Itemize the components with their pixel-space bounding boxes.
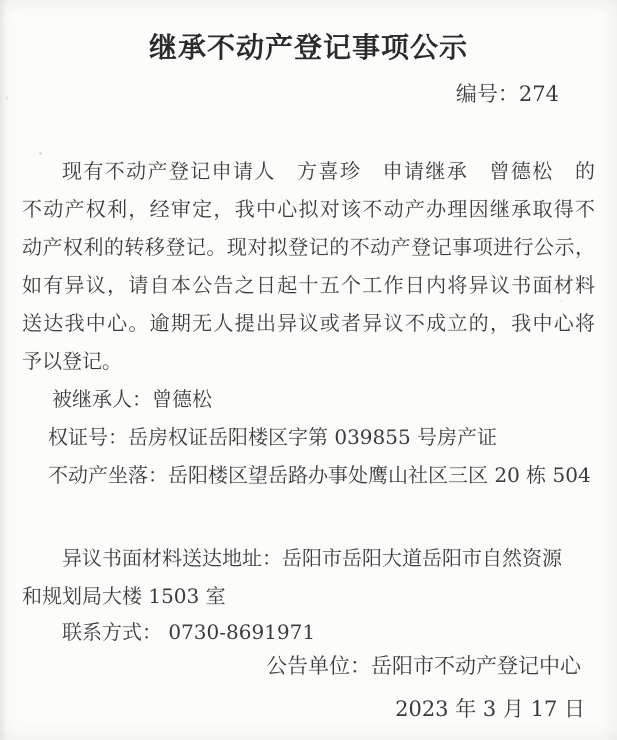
field-value: 岳房权证岳阳楼区字第 039855 号房产证 — [128, 425, 497, 449]
paragraph-line: 予以登记。 — [22, 342, 595, 380]
field-certificate-number: 权证号：岳房权证岳阳楼区字第 039855 号房产证 — [22, 418, 595, 456]
document-number: 编号：274 — [22, 78, 595, 108]
field-property-location: 不动产坐落：岳阳楼区望岳路办事处鹰山社区三区 20 栋 504 — [22, 456, 595, 494]
notice-date: 2023 年 3 月 17 日 — [0, 694, 617, 724]
notice-body-paragraph: 现有不动产登记申请人 方喜珍 申请继承 曾德松 的 不动产权利，经审定，我中心拟… — [22, 152, 595, 380]
field-label: 不动产坐落： — [48, 463, 168, 487]
field-label: 被继承人： — [52, 387, 152, 411]
issuing-authority: 公告单位：岳阳市不动产登记中心 — [0, 650, 617, 682]
objection-address-line: 异议书面材料送达地址：岳阳市岳阳大道岳阳市自然资源 — [22, 539, 595, 577]
field-value: 曾德松 — [152, 387, 212, 411]
field-decedent: 被继承人：曾德松 — [22, 380, 595, 418]
contact-phone: 联系方式： 0730-8691971 — [22, 615, 595, 649]
scan-speck — [6, 96, 8, 100]
field-value: 岳阳楼区望岳路办事处鹰山社区三区 20 栋 504 — [168, 463, 591, 487]
paragraph-line: 现有不动产登记申请人 方喜珍 申请继承 曾德松 的 — [22, 152, 595, 190]
paragraph-line: 如有异议，请自本公告之日起十五个工作日内将异议书面材料 — [22, 266, 595, 304]
scan-speck — [560, 300, 562, 302]
scan-speck — [39, 152, 42, 155]
objection-address-block: 异议书面材料送达地址：岳阳市岳阳大道岳阳市自然资源 和规划局大楼 1503 室 — [22, 539, 595, 615]
page-title: 继承不动产登记事项公示 — [22, 26, 595, 66]
notice-footer: 公告单位：岳阳市不动产登记中心 2023 年 3 月 17 日 — [0, 650, 617, 724]
objection-address-line: 和规划局大楼 1503 室 — [22, 577, 595, 615]
paragraph-line: 动产权利的转移登记。现对拟登记的不动产登记事项进行公示， — [22, 228, 595, 266]
paragraph-line: 送达我中心。逾期无人提出异议或者异议不成立的，我中心将 — [22, 304, 595, 342]
scanned-notice-page: 继承不动产登记事项公示 编号：274 现有不动产登记申请人 方喜珍 申请继承 曾… — [0, 0, 617, 740]
property-field-list: 被继承人：曾德松 权证号：岳房权证岳阳楼区字第 039855 号房产证 不动产坐… — [22, 380, 595, 494]
field-label: 权证号： — [48, 425, 128, 449]
paragraph-line: 不动产权利，经审定，我中心拟对该不动产办理因继承取得不 — [22, 190, 595, 228]
